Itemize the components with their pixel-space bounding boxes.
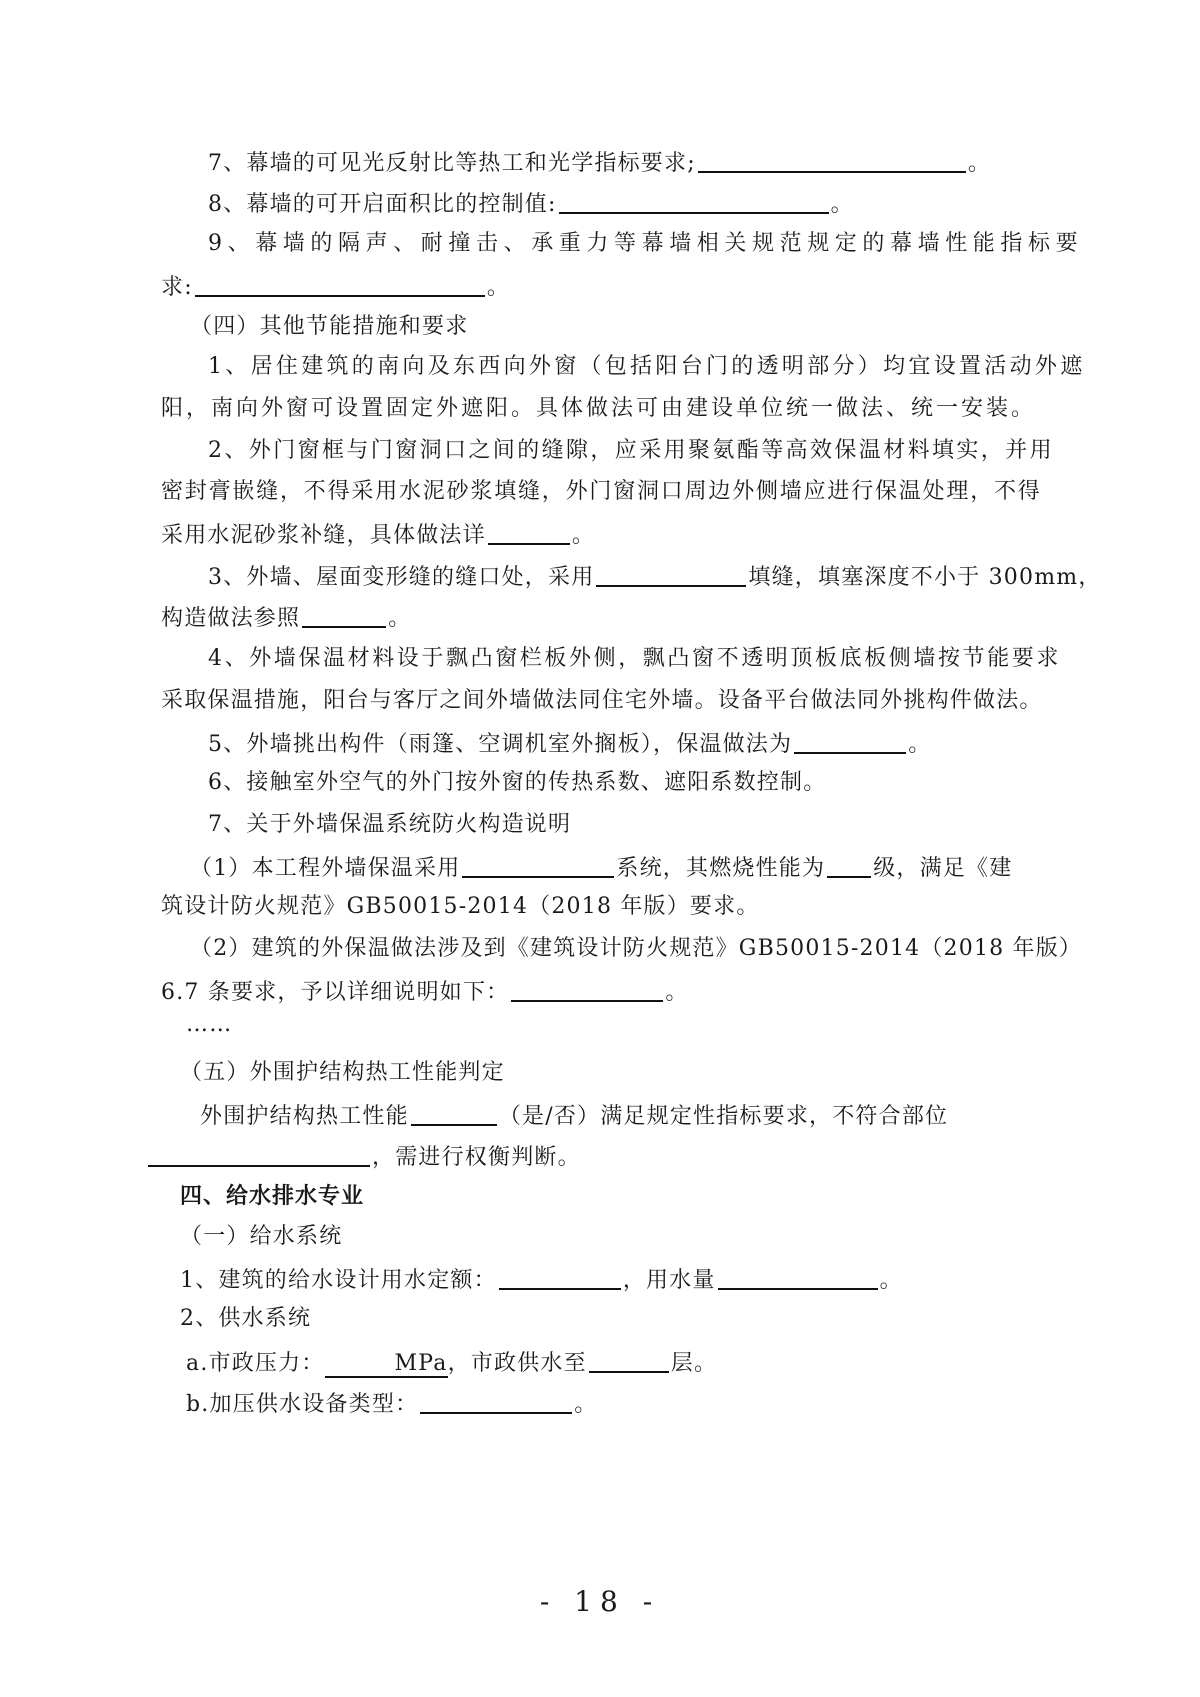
period: 。: [388, 606, 411, 631]
period: 。: [572, 523, 595, 548]
period: 。: [487, 275, 510, 300]
fill-blank[interactable]: [559, 190, 829, 214]
item-text: 级，满足《建: [873, 856, 1012, 881]
section-heading: （五）外围护结构热工性能判定: [180, 1060, 505, 1085]
item-text: （是/否）满足规定性指标要求，不符合部位: [499, 1104, 948, 1129]
fill-blank[interactable]: [596, 563, 746, 587]
fill-blank[interactable]: [420, 1390, 572, 1414]
item-text: 9、幕墙的隔声、耐撞击、承重力等幕墙相关规范规定的幕墙性能指标要: [208, 231, 1083, 256]
measure-6: 6、接触室外空气的外门按外窗的传热系数、遮阳系数控制。: [208, 768, 826, 798]
item-text: 8、幕墙的可开启面积比的控制值:: [208, 192, 557, 217]
item-text: 外围护结构热工性能: [200, 1104, 409, 1129]
item-text: 构造做法参照: [161, 606, 300, 631]
item-text: ，市政供水至: [448, 1351, 587, 1376]
item-text: 7、幕墙的可见光反射比等热工和光学指标要求;: [208, 151, 696, 176]
item-text: 6、接触室外空气的外门按外窗的传热系数、遮阳系数控制。: [208, 770, 826, 795]
item-text: 系统，其燃烧性能为: [616, 856, 825, 881]
measure-2-line2: 密封膏嵌缝，不得采用水泥砂浆填缝，外门窗洞口周边外侧墙应进行保温处理，不得: [161, 477, 1042, 507]
measure-7-heading: 7、关于外墙保温系统防火构造说明: [208, 810, 571, 840]
item-text: b.加压供水设备类型：: [186, 1392, 418, 1417]
measure-2-line1: 2、外门窗框与门窗洞口之间的缝隙，应采用聚氨酯等高效保温材料填实，并用: [208, 436, 1054, 466]
fill-blank[interactable]: [148, 1143, 370, 1167]
pressure-blank[interactable]: MPa: [325, 1352, 448, 1378]
item-text: 4、外墙保温材料设于飘凸窗栏板外侧，飘凸窗不透明顶板底板侧墙按节能要求: [208, 646, 1061, 671]
item-text: a.市政压力：: [186, 1351, 325, 1376]
measure-4-line1: 4、外墙保温材料设于飘凸窗栏板外侧，飘凸窗不透明顶板底板侧墙按节能要求: [208, 644, 1061, 674]
ellipsis: ……: [186, 1010, 232, 1040]
fill-blank[interactable]: [411, 1102, 497, 1126]
period: 。: [908, 732, 931, 757]
fill-blank[interactable]: [718, 1266, 878, 1290]
fill-blank[interactable]: [794, 730, 906, 754]
item-text: 1、居住建筑的南向及东西向外窗（包括阳台门的透明部分）均宜设置活动外遮: [208, 354, 1086, 379]
section-heading: （四）其他节能措施和要求: [190, 314, 468, 339]
measure-7-sub1-line1: （1）本工程外墙保温采用系统，其燃烧性能为级，满足《建: [190, 851, 1012, 884]
section-5-heading: （五）外围护结构热工性能判定: [180, 1058, 505, 1088]
item-text: 7、关于外墙保温系统防火构造说明: [208, 812, 571, 837]
curtain-wall-item-8: 8、幕墙的可开启面积比的控制值:。: [208, 187, 854, 220]
measure-4-line2: 采取保温措施，阳台与客厅之间外墙做法同住宅外墙。设备平台做法同外挑构件做法。: [161, 686, 1043, 716]
plumbing-subheading: （一）给水系统: [180, 1222, 342, 1252]
curtain-wall-item-9-line1: 9、幕墙的隔声、耐撞击、承重力等幕墙相关规范规定的幕墙性能指标要: [208, 229, 1083, 259]
measure-7-sub2-line1: （2）建筑的外保温做法涉及到《建筑设计防火规范》GB50015-2014（201…: [190, 934, 1082, 964]
item-text: 6.7 条要求，予以详细说明如下：: [161, 980, 509, 1005]
fill-blank[interactable]: [827, 854, 871, 878]
plumbing-heading: 四、给水排水专业: [180, 1182, 364, 1212]
item-text: 采用水泥砂浆补缝，具体做法详: [161, 523, 486, 548]
item-text: 2、供水系统: [180, 1306, 311, 1331]
plumbing-item-2: 2、供水系统: [180, 1304, 311, 1334]
item-text: 采取保温措施，阳台与客厅之间外墙做法同住宅外墙。设备平台做法同外挑构件做法。: [161, 688, 1043, 713]
plumbing-item-a: a.市政压力：MPa，市政供水至层。: [186, 1346, 717, 1379]
item-text: 2、外门窗框与门窗洞口之间的缝隙，应采用聚氨酯等高效保温材料填实，并用: [208, 438, 1054, 463]
item-text: ，用水量: [623, 1268, 716, 1293]
measure-3-line1: 3、外墙、屋面变形缝的缝口处，采用填缝，填塞深度不小于 300mm，: [208, 560, 1102, 593]
document-page: 7、幕墙的可见光反射比等热工和光学指标要求;。 8、幕墙的可开启面积比的控制值:…: [0, 0, 1200, 1697]
measure-3-line2: 构造做法参照。: [161, 601, 411, 634]
measure-1-line2: 阳，南向外窗可设置固定外遮阳。具体做法可由建设单位统一做法、统一安装。: [161, 394, 1036, 424]
plumbing-item-1: 1、建筑的给水设计用水定额：，用水量。: [180, 1263, 903, 1296]
item-text: 3、外墙、屋面变形缝的缝口处，采用: [208, 565, 594, 590]
period: 。: [831, 192, 854, 217]
item-text: 阳，南向外窗可设置固定外遮阳。具体做法可由建设单位统一做法、统一安装。: [161, 396, 1036, 421]
measure-7-sub1-line2: 筑设计防火规范》GB50015-2014（2018 年版）要求。: [161, 892, 760, 922]
section-4-heading: （四）其他节能措施和要求: [190, 312, 468, 342]
measure-5: 5、外墙挑出构件（雨篷、空调机室外搁板），保温做法为。: [208, 727, 931, 760]
period: 。: [880, 1268, 903, 1293]
item-text: 筑设计防火规范》GB50015-2014（2018 年版）要求。: [161, 894, 760, 919]
fill-blank[interactable]: [462, 854, 614, 878]
ellipsis-text: ……: [186, 1012, 232, 1037]
thermal-judgement-line1: 外围护结构热工性能（是/否）满足规定性指标要求，不符合部位: [200, 1099, 948, 1132]
item-text: （2）建筑的外保温做法涉及到《建筑设计防火规范》GB50015-2014（201…: [190, 936, 1082, 961]
fill-blank[interactable]: [511, 978, 663, 1002]
measure-1-line1: 1、居住建筑的南向及东西向外窗（包括阳台门的透明部分）均宜设置活动外遮: [208, 352, 1086, 382]
period: 。: [968, 151, 991, 176]
item-text: 5、外墙挑出构件（雨篷、空调机室外搁板），保温做法为: [208, 732, 792, 757]
fill-blank[interactable]: [488, 521, 570, 545]
plumbing-item-b: b.加压供水设备类型：。: [186, 1387, 597, 1420]
fill-blank[interactable]: [499, 1266, 621, 1290]
item-text: 层。: [671, 1351, 717, 1376]
unit-label: MPa: [395, 1351, 448, 1376]
fill-blank[interactable]: [589, 1349, 669, 1373]
fill-blank[interactable]: [195, 273, 485, 297]
curtain-wall-item-9-line2: 求:。: [161, 270, 510, 303]
measure-7-sub2-line2: 6.7 条要求，予以详细说明如下：。: [161, 975, 689, 1008]
chapter-heading: 四、给水排水专业: [180, 1184, 364, 1209]
page-number: - 18 -: [0, 1585, 1200, 1618]
item-text: 密封膏嵌缝，不得采用水泥砂浆填缝，外门窗洞口周边外侧墙应进行保温处理，不得: [161, 479, 1042, 504]
item-text: ，需进行权衡判断。: [372, 1145, 581, 1170]
item-text: 填缝，填塞深度不小于 300mm，: [748, 565, 1101, 590]
item-text: 求:: [161, 275, 193, 300]
item-text: 1、建筑的给水设计用水定额：: [180, 1268, 497, 1293]
measure-2-line3: 采用水泥砂浆补缝，具体做法详。: [161, 518, 595, 551]
item-text: （1）本工程外墙保温采用: [190, 856, 460, 881]
fill-blank[interactable]: [302, 604, 386, 628]
thermal-judgement-line2: ，需进行权衡判断。: [148, 1140, 581, 1173]
period: 。: [574, 1392, 597, 1417]
curtain-wall-item-7: 7、幕墙的可见光反射比等热工和光学指标要求;。: [208, 146, 991, 179]
fill-blank[interactable]: [698, 149, 966, 173]
period: 。: [665, 980, 688, 1005]
section-heading: （一）给水系统: [180, 1224, 342, 1249]
